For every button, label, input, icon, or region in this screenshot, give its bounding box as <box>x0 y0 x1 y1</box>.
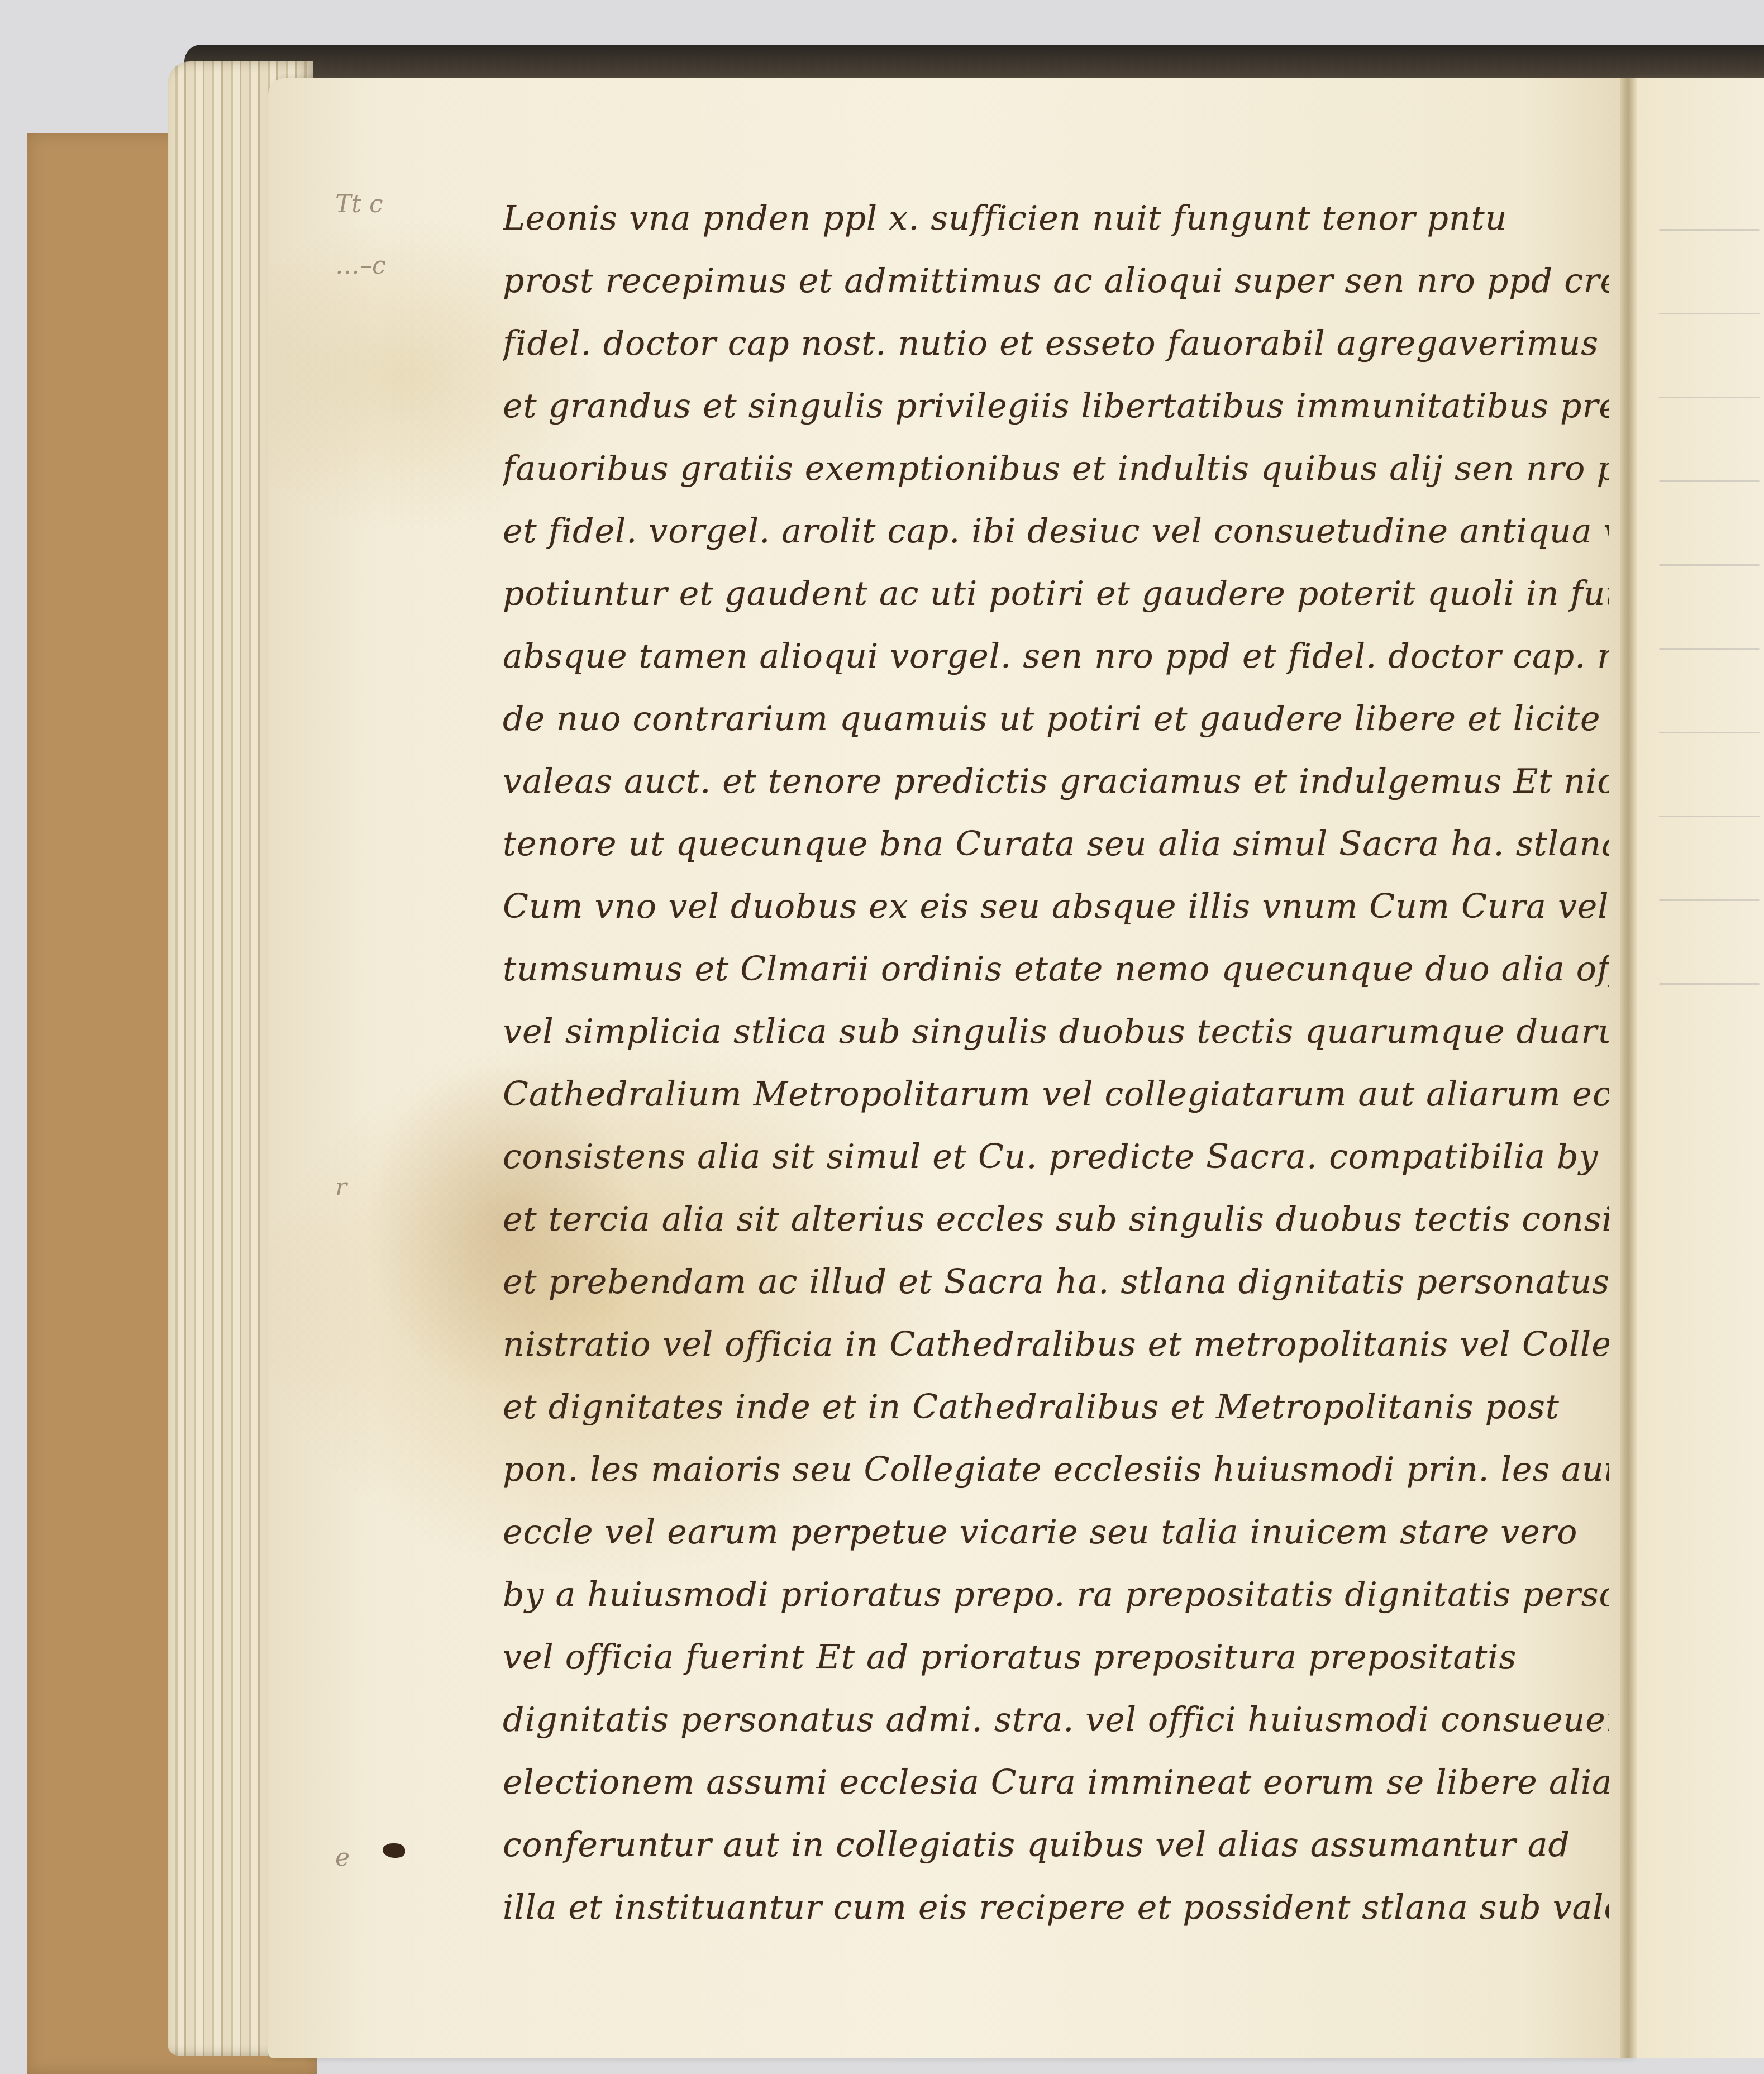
bleed-through-line <box>1659 480 1760 482</box>
manuscript-line: Cum vno vel duobus ex eis seu absque ill… <box>503 875 1609 938</box>
bleed-through-line <box>1659 899 1760 901</box>
bleed-through-line <box>1659 732 1760 733</box>
manuscript-line: fidel. doctor cap nost. nutio et esseto … <box>503 312 1609 375</box>
margin-note: Tt c <box>335 190 383 218</box>
bleed-through-line <box>1659 229 1760 231</box>
manuscript-line: et prebendam ac illud et Sacra ha. stlan… <box>503 1251 1609 1313</box>
facing-page <box>1637 78 1764 2058</box>
bleed-through-line <box>1659 816 1760 817</box>
manuscript-line: et fidel. vorgel. arolit cap. ibi desiuc… <box>503 500 1609 562</box>
ink-blot <box>383 1843 405 1858</box>
bleed-through-line <box>1659 313 1760 314</box>
manuscript-line: Cathedralium Metropolitarum vel collegia… <box>503 1063 1609 1126</box>
manuscript-line: de nuo contrarium quamuis ut potiri et g… <box>503 688 1609 750</box>
manuscript-line: prost recepimus et admittimus ac alioqui… <box>503 250 1609 312</box>
bleed-through-line <box>1659 983 1760 985</box>
manuscript-line: tumsumus et Clmarii ordinis etate nemo q… <box>503 938 1609 1000</box>
book-gutter <box>1620 78 1637 2058</box>
manuscript-line: nistratio vel officia in Cathedralibus e… <box>503 1313 1609 1376</box>
manuscript-line: vel officia fuerint Et ad prioratus prep… <box>503 1626 1609 1689</box>
manuscript-line: et tercia alia sit alterius eccles sub s… <box>503 1188 1609 1251</box>
bleed-through-line <box>1659 648 1760 650</box>
bleed-through-line <box>1659 397 1760 398</box>
margin-note: r <box>335 1173 347 1202</box>
bleed-through-line <box>1659 564 1760 566</box>
manuscript-text-block: Leonis vna pnden ppl x. sufficien nuit f… <box>503 187 1609 1939</box>
manuscript-line: conferuntur aut in collegiatis quibus ve… <box>503 1814 1609 1876</box>
manuscript-line: dignitatis personatus admi. stra. vel of… <box>503 1689 1609 1751</box>
manuscript-line: et dignitates inde et in Cathedralibus e… <box>503 1376 1609 1438</box>
manuscript-line: Leonis vna pnden ppl x. sufficien nuit f… <box>503 187 1609 250</box>
manuscript-line: vel simplicia stlica sub singulis duobus… <box>503 1000 1609 1063</box>
manuscript-line: consistens alia sit simul et Cu. predict… <box>503 1126 1609 1188</box>
manuscript-line: eccle vel earum perpetue vicarie seu tal… <box>503 1501 1609 1563</box>
manuscript-line: valeas auct. et tenore predictis graciam… <box>503 750 1609 813</box>
manuscript-line: et grandus et singulis privilegiis liber… <box>503 375 1609 437</box>
manuscript-line: tenore ut quecunque bna Curata seu alia … <box>503 813 1609 875</box>
manuscript-line: fauoribus gratiis exemptionibus et indul… <box>503 437 1609 500</box>
manuscript-photo: Tt c …–c r e Leonis vna pnden ppl x. suf… <box>0 0 1764 2074</box>
manuscript-line: pon. les maioris seu Collegiate ecclesii… <box>503 1438 1609 1501</box>
manuscript-line: potiuntur et gaudent ac uti potiri et ga… <box>503 562 1609 625</box>
manuscript-line: illa et instituantur cum eis recipere et… <box>503 1876 1609 1939</box>
margin-note: …–c <box>335 251 386 280</box>
manuscript-line: by a huiusmodi prioratus prepo. ra prepo… <box>503 1563 1609 1626</box>
margin-note: e <box>335 1843 350 1872</box>
manuscript-line: electionem assumi ecclesia Cura immineat… <box>503 1751 1609 1814</box>
manuscript-line: absque tamen alioqui vorgel. sen nro ppd… <box>503 625 1609 688</box>
